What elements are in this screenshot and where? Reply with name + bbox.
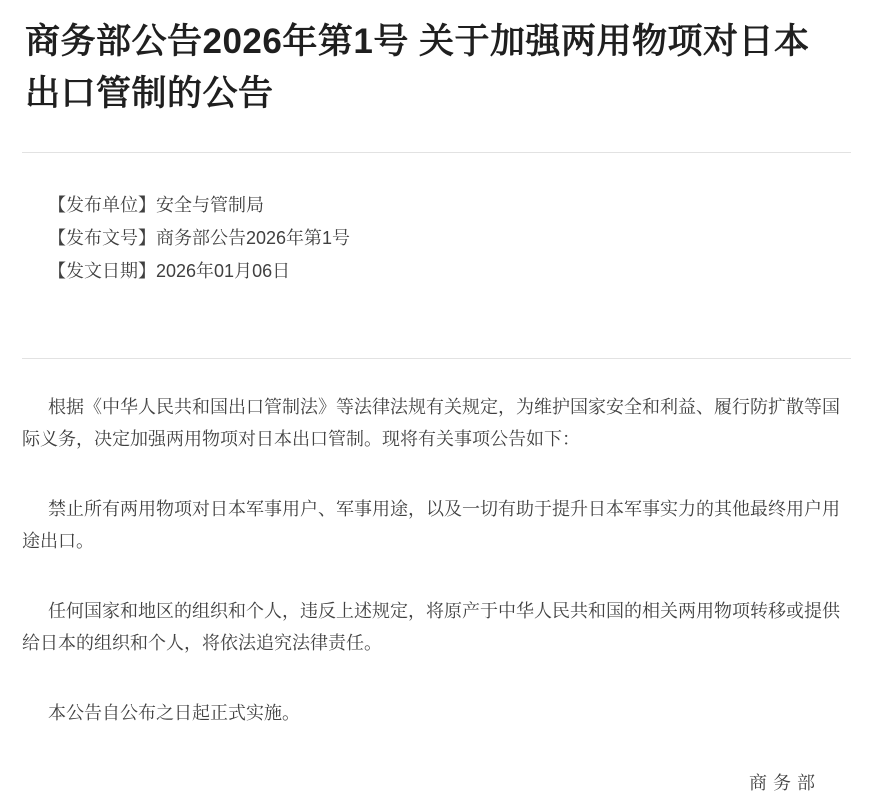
meta-issue-date: 【发文日期】2026年01月06日 [22,255,851,288]
page-title: 商务部公告2026年第1号 关于加强两用物项对日本 出口管制的公告 [25,16,851,120]
body-paragraph-4: 本公告自公布之日起正式实施。 [22,697,851,729]
announcement-article: 商务部公告2026年第1号 关于加强两用物项对日本 出口管制的公告 【发布单位】… [0,16,873,799]
meta-issue-date-value: 2026年01月06日 [156,261,290,281]
divider-after-meta [22,358,851,359]
page-title-line-2: 出口管制的公告 [25,68,851,120]
body-paragraph-1: 根据《中华人民共和国出口管制法》等法律法规有关规定，为维护国家安全和利益、履行防… [22,391,851,455]
body-paragraph-2: 禁止所有两用物项对日本军事用户、军事用途，以及一切有助于提升日本军事实力的其他最… [22,493,851,557]
meta-issue-date-label: 【发文日期】 [48,261,156,281]
signature-ministry-of-commerce: 商务部 [22,767,851,799]
announcement-body: 根据《中华人民共和国出口管制法》等法律法规有关规定，为维护国家安全和利益、履行防… [22,391,851,799]
page-title-line-1: 商务部公告2026年第1号 关于加强两用物项对日本 [25,16,851,68]
meta-issuing-unit-label: 【发布单位】 [48,195,156,215]
meta-issuing-unit-value: 安全与管制局 [156,195,264,215]
meta-document-number-value: 商务部公告2026年第1号 [156,228,350,248]
document-meta: 【发布单位】安全与管制局 【发布文号】商务部公告2026年第1号 【发文日期】2… [22,189,851,288]
meta-document-number: 【发布文号】商务部公告2026年第1号 [22,222,851,255]
meta-issuing-unit: 【发布单位】安全与管制局 [22,189,851,222]
body-paragraph-3: 任何国家和地区的组织和个人，违反上述规定，将原产于中华人民共和国的相关两用物项转… [22,595,851,659]
divider-after-title [22,152,851,153]
meta-document-number-label: 【发布文号】 [48,228,156,248]
